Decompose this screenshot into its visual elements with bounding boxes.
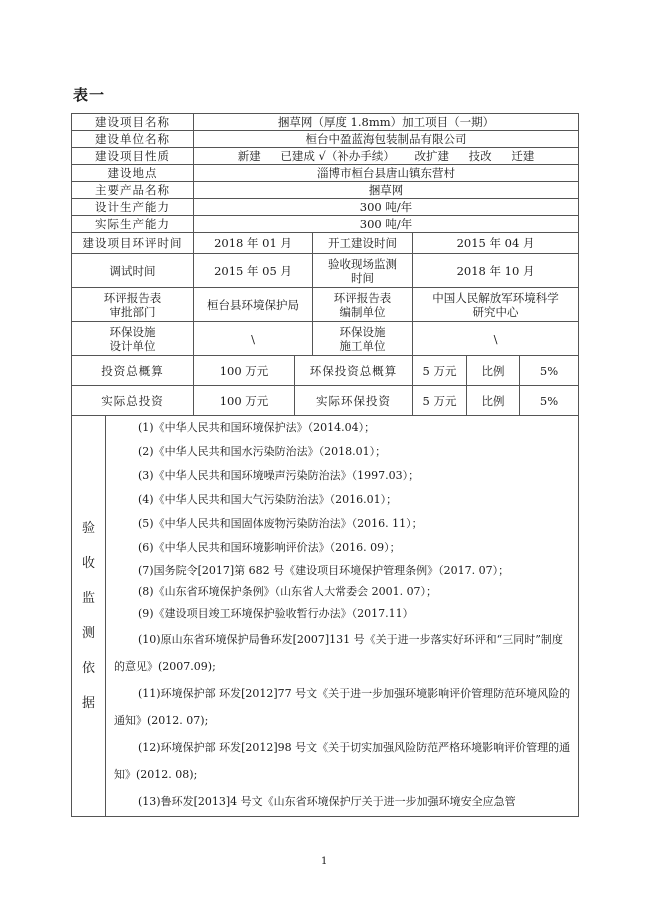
design-capacity-label: 设计生产能力 [72, 199, 194, 216]
basis-item: (10)原山东省环境保护局鲁环发[2007]131 号《关于进一步落实好环评和“… [114, 626, 572, 680]
budget-total-label: 投资总概算 [72, 356, 194, 386]
actual-env-value: 5 万元 [413, 386, 467, 416]
row-eia-time: 建设项目环评时间 2018 年 01 月 开工建设时间 2015 年 04 月 [72, 233, 579, 254]
start-time-label: 开工建设时间 [313, 233, 413, 254]
basis-item: (5)《中华人民共和国固体废物污染防治法》（2016. 11）； [114, 512, 572, 536]
row-approval: 环评报告表 审批部门 桓台县环境保护局 环评报告表 编制单位 中国人民解放军环境… [72, 288, 579, 322]
basis-item: (9)《建设项目竣工环境保护验收暂行办法》（2017.11） [114, 602, 572, 626]
basis-item: (12)环境保护部 环发[2012]98 号文《关于切实加强风险防范严格环境影响… [114, 734, 572, 788]
nature-option-relocate: 迁建 [511, 149, 534, 163]
debug-time-label: 调试时间 [72, 254, 194, 288]
actual-capacity-label: 实际生产能力 [72, 216, 194, 233]
unit-name-value: 桓台中盈蓝海包装制品有限公司 [194, 131, 579, 148]
approval-dept-value: 桓台县环境保护局 [194, 288, 313, 322]
location-value: 淄博市桓台县唐山镇东营村 [194, 165, 579, 182]
nature-option-new: 新建 [238, 149, 261, 163]
main-product-label: 主要产品名称 [72, 182, 194, 199]
basis-item: (13)鲁环发[2013]4 号文《山东省环境保护厅关于进一步加强环境安全应急管 [114, 788, 572, 815]
actual-env-label: 实际环保投资 [295, 386, 413, 416]
basis-item: (7)国务院令[2017]第 682 号《建设项目环境保护管理条例》（2017.… [114, 560, 572, 581]
nature-option-tech: 技改 [469, 149, 492, 163]
unit-name-label: 建设单位名称 [72, 131, 194, 148]
budget-env-label: 环保投资总概算 [295, 356, 413, 386]
actual-ratio-value: 5% [520, 386, 579, 416]
eia-time-value: 2018 年 01 月 [194, 233, 313, 254]
env-construction-unit-value: \ [413, 322, 579, 356]
project-name-value: 捆草网（厚度 1.8mm）加工项目（一期） [194, 114, 579, 131]
row-design-capacity: 设计生产能力 300 吨/年 [72, 199, 579, 216]
page-number: 1 [321, 856, 327, 867]
project-name-label: 建设项目名称 [72, 114, 194, 131]
main-product-value: 捆草网 [194, 182, 579, 199]
nature-option-expand: 改扩建 [415, 149, 450, 163]
start-time-value: 2015 年 04 月 [413, 233, 579, 254]
basis-item: (4)《中华人民共和国大气污染防治法》（2016.01）； [114, 488, 572, 512]
row-project-nature: 建设项目性质 新建 已建成 √（补办手续） 改扩建 技改 迁建 [72, 148, 579, 165]
env-design-unit-label: 环保设施 设计单位 [72, 322, 194, 356]
row-budget: 投资总概算 100 万元 环保投资总概算 5 万元 比例 5% [72, 356, 579, 386]
row-unit-name: 建设单位名称 桓台中盈蓝海包装制品有限公司 [72, 131, 579, 148]
design-capacity-value: 300 吨/年 [194, 199, 579, 216]
budget-ratio-value: 5% [520, 356, 579, 386]
basis-label: 验 收 监 测 依 据 [72, 416, 106, 817]
actual-total-value: 100 万元 [194, 386, 295, 416]
budget-ratio-label: 比例 [467, 356, 520, 386]
row-project-name: 建设项目名称 捆草网（厚度 1.8mm）加工项目（一期） [72, 114, 579, 131]
env-construction-unit-label: 环保设施 施工单位 [313, 322, 413, 356]
row-actual: 实际总投资 100 万元 实际环保投资 5 万元 比例 5% [72, 386, 579, 416]
nature-option-built: 已建成 √（补办手续） [280, 149, 394, 163]
row-debug-time: 调试时间 2015 年 05 月 验收现场监测 时间 2018 年 10 月 [72, 254, 579, 288]
basis-item: (11)环境保护部 环发[2012]77 号文《关于进一步加强环境影响评价管理防… [114, 680, 572, 734]
monitoring-time-value: 2018 年 10 月 [413, 254, 579, 288]
basis-item: (2)《中华人民共和国水污染防治法》（2018.01）； [114, 440, 572, 464]
approval-dept-label: 环评报告表 审批部门 [72, 288, 194, 322]
row-actual-capacity: 实际生产能力 300 吨/年 [72, 216, 579, 233]
row-location: 建设地点 淄博市桓台县唐山镇东营村 [72, 165, 579, 182]
compiler-label: 环评报告表 编制单位 [313, 288, 413, 322]
actual-ratio-label: 比例 [467, 386, 520, 416]
project-info-table: 建设项目名称 捆草网（厚度 1.8mm）加工项目（一期） 建设单位名称 桓台中盈… [71, 113, 579, 817]
debug-time-value: 2015 年 05 月 [194, 254, 313, 288]
budget-env-value: 5 万元 [413, 356, 467, 386]
budget-total-value: 100 万元 [194, 356, 295, 386]
env-design-unit-value: \ [194, 322, 313, 356]
project-nature-value: 新建 已建成 √（补办手续） 改扩建 技改 迁建 [194, 148, 579, 165]
basis-item: (6)《中华人民共和国环境影响评价法》（2016. 09）； [114, 536, 572, 560]
eia-time-label: 建设项目环评时间 [72, 233, 194, 254]
table-title: 表一 [73, 84, 105, 105]
actual-capacity-value: 300 吨/年 [194, 216, 579, 233]
location-label: 建设地点 [72, 165, 194, 182]
row-basis: 验 收 监 测 依 据 (1)《中华人民共和国环境保护法》（2014.04）； … [72, 416, 579, 817]
monitoring-time-label: 验收现场监测 时间 [313, 254, 413, 288]
actual-total-label: 实际总投资 [72, 386, 194, 416]
row-env-units: 环保设施 设计单位 \ 环保设施 施工单位 \ [72, 322, 579, 356]
project-nature-label: 建设项目性质 [72, 148, 194, 165]
basis-list: (1)《中华人民共和国环境保护法》（2014.04）； (2)《中华人民共和国水… [106, 416, 579, 817]
basis-item: (1)《中华人民共和国环境保护法》（2014.04）； [114, 416, 572, 440]
basis-item: (8)《山东省环境保护条例》（山东省人大常委会 2001. 07）； [114, 581, 572, 602]
row-main-product: 主要产品名称 捆草网 [72, 182, 579, 199]
basis-item: (3)《中华人民共和国环境噪声污染防治法》（1997.03）； [114, 464, 572, 488]
compiler-value: 中国人民解放军环境科学 研究中心 [413, 288, 579, 322]
